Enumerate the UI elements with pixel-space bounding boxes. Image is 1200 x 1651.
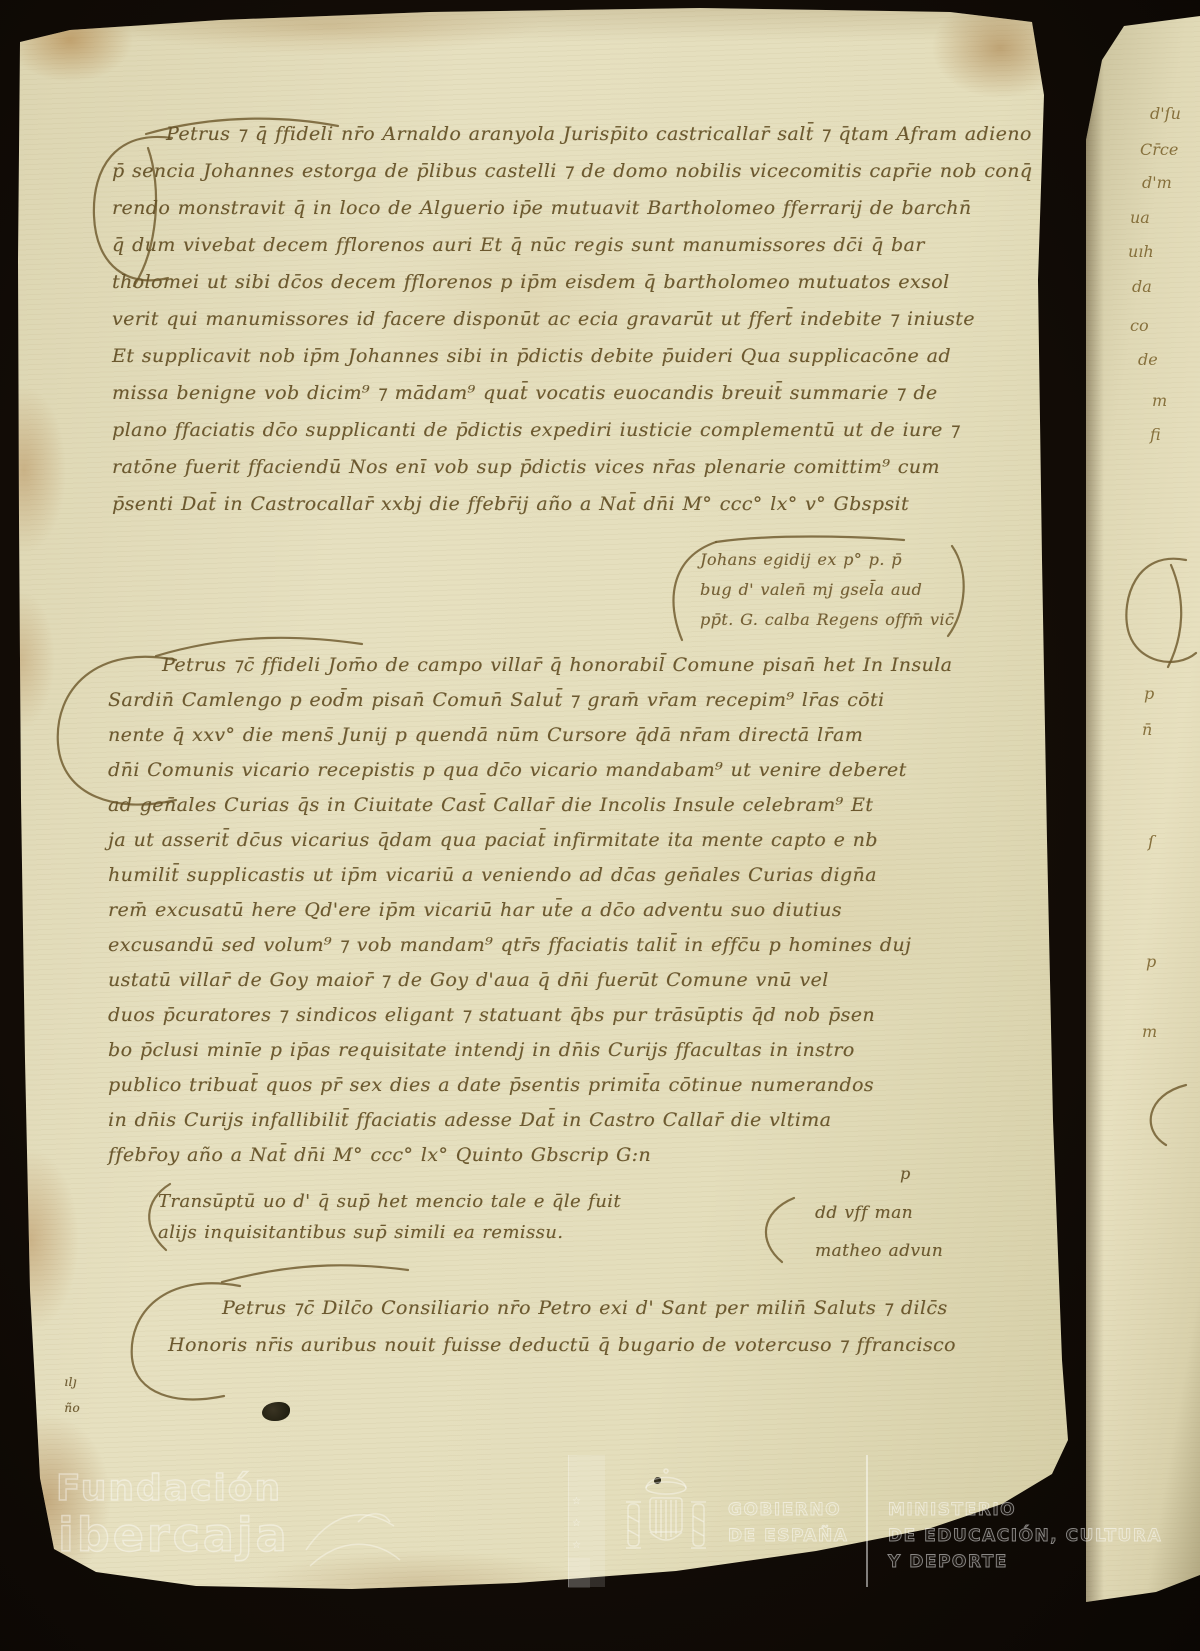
manuscript-page: Petrus ⁊ q̄ ffideli nr̄o Arnaldo aranyol… (0, 0, 1200, 1651)
gobierno-watermark-line2: DE ESPAÑA (728, 1526, 848, 1546)
watermark-divider (866, 1455, 868, 1587)
note-paren (748, 1192, 804, 1268)
facing-line-fragment: co (1130, 316, 1149, 335)
chancery-note-1: Johans egidij ex p° p. p̄ bug d' valen̄ … (700, 545, 954, 635)
facing-line-fragment: p (1144, 684, 1154, 703)
ministerio-watermark-line2: DE EDUCACIÓN, CULTURA (888, 1526, 1162, 1546)
gobierno-watermark-line1: GOBIERNO (728, 1500, 841, 1520)
ministerio-watermark-line3: Y DEPORTE (888, 1552, 1008, 1572)
ministerio-watermark-line1: MINISTERIO (888, 1500, 1016, 1520)
facing-line-fragment: uıh (1128, 242, 1154, 261)
paragraph-3: Petrus ⁊c̄ Dilc̄o Consiliario nr̄o Petro… (168, 1290, 956, 1364)
paragraph-1: Petrus ⁊ q̄ ffideli nr̄o Arnaldo aranyol… (112, 116, 1032, 523)
facing-line-fragment: ua (1130, 208, 1150, 227)
manuscript-photo: d'ſu Cr̄ce d'm ua uıh da co de m fi p n̄… (0, 0, 1200, 1651)
chancery-note-2: dd vff man matheo advun (815, 1194, 943, 1270)
fundacion-watermark-line1: Fundación (56, 1468, 282, 1509)
facing-line-fragment: Cr̄ce (1140, 140, 1178, 159)
facing-line-fragment: n̄ (1142, 720, 1152, 739)
facing-line-fragment: d'ſu (1150, 104, 1181, 123)
chancery-note-2-mark: p (900, 1164, 911, 1183)
facing-line-fragment: fi (1150, 425, 1161, 444)
facing-swash-flourish (1126, 1075, 1196, 1155)
margin-note-folio: ño (64, 1401, 80, 1415)
fundacion-watermark-line2: ibercaja (58, 1508, 290, 1562)
facing-page-edge: d'ſu Cr̄ce d'm ua uıh da co de m fi p n̄… (1086, 0, 1200, 1651)
paragraph-2: Petrus ⁊c̄ ffideli Jom̄o de campo villar… (108, 648, 952, 1173)
facing-initial-flourish (1116, 545, 1200, 677)
facing-line-fragment: ſ (1148, 832, 1154, 851)
facing-line-fragment: d'm (1142, 173, 1172, 192)
facing-line-fragment: de (1138, 350, 1158, 369)
margin-note-squiggle: ılȷ (64, 1375, 77, 1389)
star-icon: ☆ (572, 1496, 581, 1507)
facing-line-fragment: da (1132, 277, 1152, 296)
star-icon: ☆ (572, 1540, 581, 1551)
facing-line-fragment: m (1142, 1022, 1157, 1041)
facing-line-fragment: p (1146, 952, 1156, 971)
eu-star-bar-watermark-foot (568, 1558, 590, 1588)
ibercaja-logo-icon (298, 1492, 408, 1584)
ink-blot (262, 1402, 290, 1421)
star-icon: ☆ (572, 1518, 581, 1529)
margin-note: ılȷ ño (33, 1363, 80, 1428)
spain-coat-of-arms-icon (620, 1468, 712, 1576)
facing-line-fragment: m (1152, 391, 1167, 410)
transsumptum-note: Transūptū uo d' q̄ sup̄ het mencio tale … (158, 1186, 621, 1248)
